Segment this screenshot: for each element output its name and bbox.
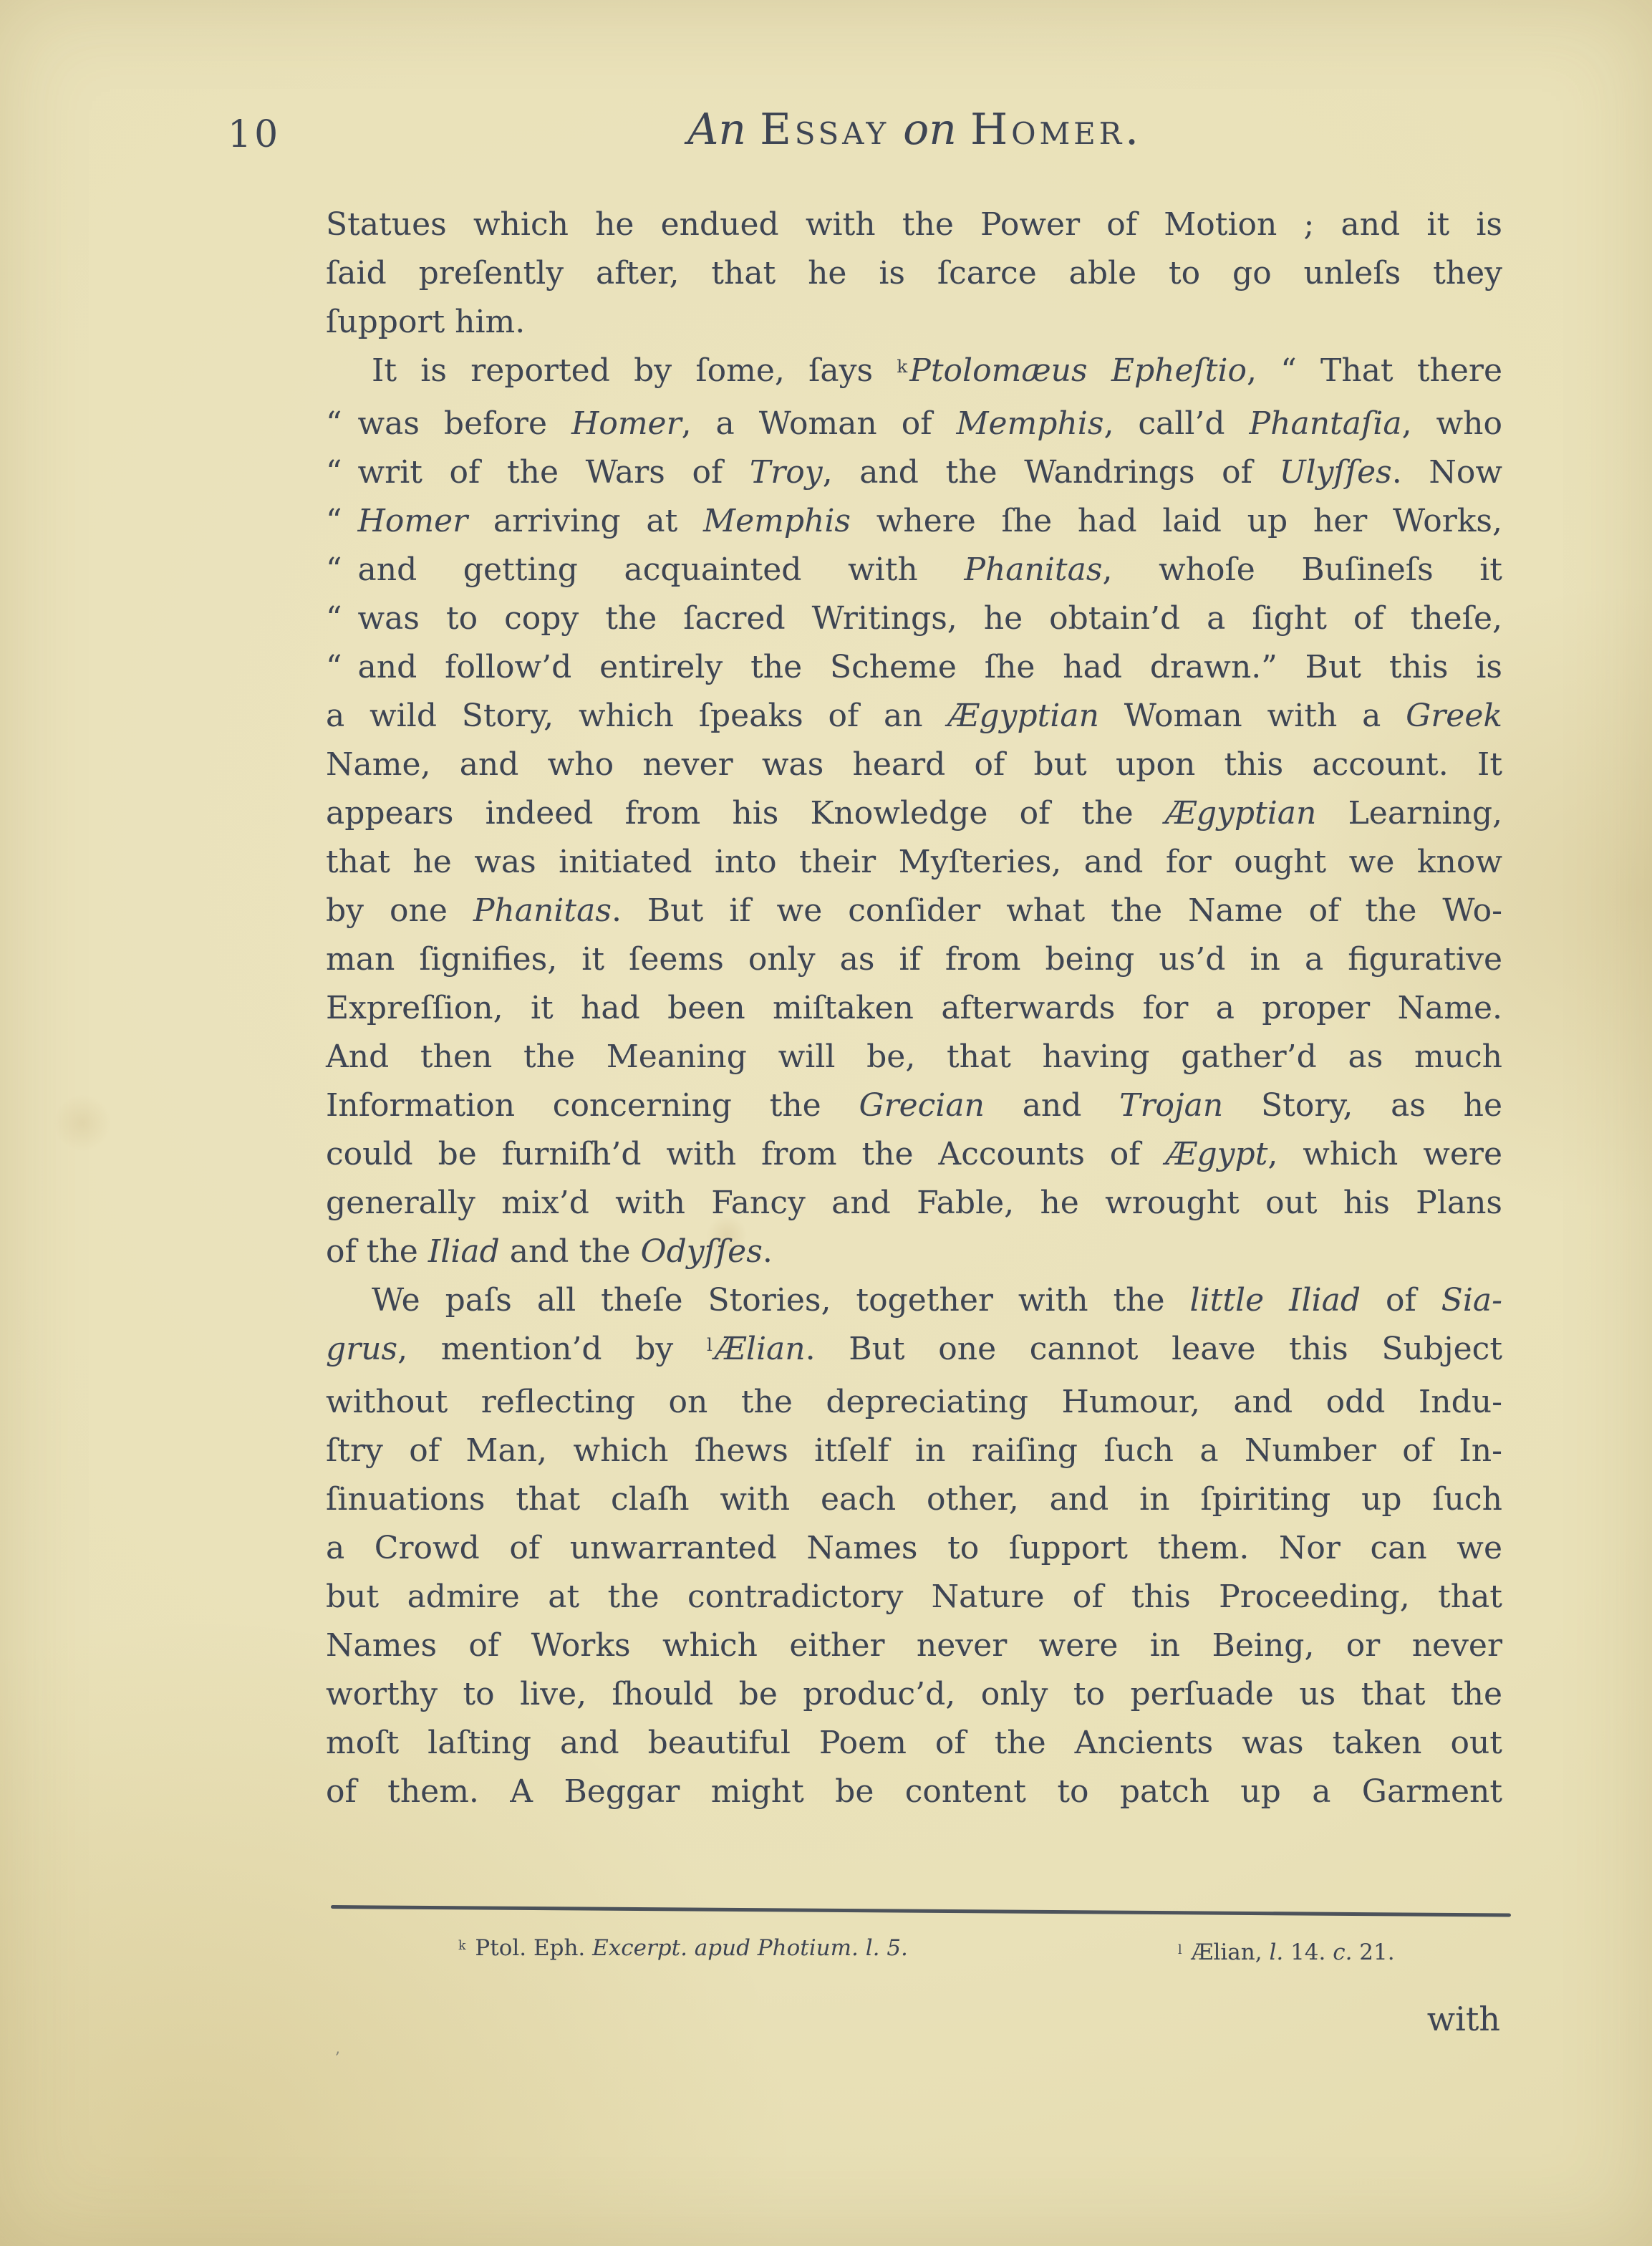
text-line: moſt laſting and beautiful Poem of the A…	[326, 1719, 1502, 1768]
text-segment: where ſhe had laid up her Works,	[851, 503, 1502, 539]
text-segment: k	[897, 356, 907, 377]
text-segment: and the	[500, 1233, 641, 1270]
text-line: that he was initiated into their Myſteri…	[326, 838, 1502, 887]
text-line: Expreſſion, it had been miſtaken afterwa…	[326, 984, 1502, 1033]
text-segment: writ of the Wars of	[358, 454, 750, 491]
text-segment: And then the Meaning will be, that havin…	[326, 1038, 1502, 1075]
text-segment: Homer.	[970, 105, 1142, 155]
text-segment: , call’d	[1103, 405, 1249, 442]
text-segment: It is reported by ſome, ſays	[372, 352, 897, 389]
text-segment: l.	[1269, 1939, 1283, 1965]
text-line: a wild Story, which ſpeaks of an Ægyptia…	[326, 692, 1502, 741]
text-segment: l	[707, 1334, 713, 1355]
text-segment: 21.	[1352, 1939, 1394, 1965]
text-line: of them. A Beggar might be content to pa…	[326, 1768, 1502, 1816]
text-segment: on	[903, 105, 957, 155]
text-line: man ſignifies, it ſeems only as if from …	[326, 935, 1502, 984]
text-segment: c.	[1333, 1939, 1352, 1965]
text-segment: , which were	[1267, 1136, 1502, 1172]
catchword: with	[1427, 2000, 1500, 2038]
text-line: of the Iliad and the Odyſſes.	[326, 1228, 1502, 1276]
text-segment: “	[326, 503, 358, 539]
text-segment: Woman with a	[1099, 698, 1406, 734]
text-segment: ſupport him.	[326, 304, 525, 340]
text-segment: Ægyptian	[947, 698, 1099, 734]
text-segment: “	[326, 454, 358, 491]
text-segment: Statues which he endued with the Power o…	[326, 206, 1502, 243]
text-segment: 14.	[1283, 1939, 1333, 1965]
footnote-k: k Ptol. Eph. Excerpt. apud Photium. l. 5…	[458, 1934, 908, 1966]
page-number: 10	[228, 113, 281, 156]
text-segment: Trojan	[1119, 1087, 1223, 1124]
text-segment: Ulyſſes	[1280, 454, 1392, 491]
text-segment: “	[326, 600, 358, 637]
text-segment: , “ That there	[1247, 352, 1502, 389]
text-segment: ſtry of Man, which ſhews itſelf in raiſi…	[326, 1432, 1502, 1469]
text-segment: Greek	[1406, 698, 1502, 734]
text-segment: , whoſe Buſineſs it	[1102, 551, 1502, 588]
text-segment: Names of Works which either never were i…	[326, 1627, 1502, 1664]
ink-mark: ‚	[335, 2040, 340, 2058]
text-segment: Name, and who never was heard of but upo…	[326, 746, 1502, 783]
text-line: generally mix’d with Fancy and Fable, he…	[326, 1179, 1502, 1228]
text-line: worthy to live, ſhould be produc’d, only…	[326, 1670, 1502, 1719]
text-segment: Phanitas	[964, 551, 1102, 588]
text-segment: by one	[326, 892, 473, 929]
text-line: “ and follow’d entirely the Scheme ſhe h…	[326, 643, 1502, 692]
text-segment: . Now	[1392, 454, 1502, 491]
text-line: by one Phanitas. But if we conſider what…	[326, 887, 1502, 935]
text-segment: “	[326, 405, 358, 442]
text-segment: Odyſſes	[641, 1233, 763, 1270]
text-segment: that he was initiated into their Myſteri…	[326, 844, 1502, 880]
footnote-rule	[331, 1905, 1511, 1917]
text-segment: , a Woman of	[682, 405, 957, 442]
footnote-l: l Ælian, l. 14. c. 21.	[1178, 1938, 1395, 1970]
text-line: ſaid preſently after, that he is ſcarce …	[326, 249, 1502, 298]
text-segment: Homer	[358, 503, 468, 539]
text-segment: Ægyptian	[1165, 795, 1317, 832]
text-segment: Essay	[760, 105, 889, 155]
text-line: “ was before Homer, a Woman of Memphis, …	[326, 400, 1502, 448]
text-segment: but admire at the contradictory Nature o…	[326, 1579, 1502, 1615]
text-segment: Expreſſion, it had been miſtaken afterwa…	[326, 990, 1502, 1026]
text-segment: Iliad	[428, 1233, 500, 1270]
text-segment: Memphis	[703, 503, 851, 539]
text-line: And then the Meaning will be, that havin…	[326, 1033, 1502, 1081]
text-segment: and	[985, 1087, 1119, 1124]
text-segment: .	[763, 1233, 773, 1270]
text-segment: . But if we conſider what the Name of th…	[612, 892, 1502, 929]
text-line: “ Homer arriving at Memphis where ſhe ha…	[326, 497, 1502, 546]
text-segment: of them. A Beggar might be content to pa…	[326, 1773, 1502, 1810]
text-segment: could be furniſh’d with from the Account…	[326, 1136, 1165, 1172]
text-segment: Homer	[571, 405, 682, 442]
text-segment: , mention’d by	[397, 1331, 707, 1367]
text-line: Statues which he endued with the Power o…	[326, 201, 1502, 249]
text-line: ſtry of Man, which ſhews itſelf in raiſi…	[326, 1427, 1502, 1475]
text-segment: arriving at	[468, 503, 703, 539]
text-segment: An	[687, 105, 746, 155]
text-segment: Memphis	[956, 405, 1103, 442]
text-segment: ſaid preſently after, that he is ſcarce …	[326, 255, 1502, 291]
text-segment: man ſignifies, it ſeems only as if from …	[326, 941, 1502, 978]
text-segment: Information concerning the	[326, 1087, 859, 1124]
text-segment	[746, 105, 760, 155]
text-segment: worthy to live, ſhould be produc’d, only…	[326, 1676, 1502, 1712]
text-segment: of	[1361, 1282, 1441, 1319]
text-segment: Learning,	[1316, 795, 1502, 832]
text-segment: Ptolomæus Epheſtio	[909, 352, 1247, 389]
text-segment: Sia-	[1441, 1282, 1502, 1319]
text-line: but admire at the contradictory Nature o…	[326, 1573, 1502, 1621]
text-line: It is reported by ſome, ſays kPtolomæus …	[326, 347, 1502, 400]
text-line: “ and getting acquainted with Phanitas, …	[326, 546, 1502, 594]
text-segment: of the	[326, 1233, 428, 1270]
text-segment: Excerpt. apud Photium. l. 5.	[592, 1935, 908, 1961]
book-page-scan: 10 An Essay on Homer. Statues which he e…	[0, 0, 1652, 2246]
text-segment: appears indeed from his Knowledge of the	[326, 795, 1165, 832]
text-segment: l	[1178, 1943, 1182, 1957]
text-line: a Crowd of unwarranted Names to ſupport …	[326, 1524, 1502, 1573]
text-segment: “	[326, 649, 358, 685]
text-line: Information concerning the Grecian and T…	[326, 1081, 1502, 1130]
text-segment: generally mix’d with Fancy and Fable, he…	[326, 1185, 1502, 1221]
text-line: Names of Works which either never were i…	[326, 1621, 1502, 1670]
running-title: An Essay on Homer.	[326, 105, 1504, 155]
text-line: “ was to copy the ſacred Writings, he ob…	[326, 594, 1502, 643]
text-segment: We paſs all theſe Stories, together with…	[372, 1282, 1190, 1319]
text-line: ſupport him.	[326, 298, 1502, 347]
text-line: We paſs all theſe Stories, together with…	[326, 1276, 1502, 1325]
text-segment: a Crowd of unwarranted Names to ſupport …	[326, 1530, 1502, 1566]
text-segment: without reflecting on the depreciating H…	[326, 1384, 1502, 1420]
text-segment: Story, as he	[1223, 1087, 1502, 1124]
text-segment: was to copy the ſacred Writings, he obta…	[358, 600, 1503, 637]
text-line: “ writ of the Wars of Troy, and the Wand…	[326, 448, 1502, 497]
text-segment: grus	[326, 1331, 397, 1367]
text-line: could be furniſh’d with from the Account…	[326, 1130, 1502, 1179]
text-segment: moſt laſting and beautiful Poem of the A…	[326, 1725, 1502, 1761]
text-segment: ſinuations that claſh with each other, a…	[326, 1481, 1502, 1518]
text-line: appears indeed from his Knowledge of the…	[326, 789, 1502, 838]
text-segment: a wild Story, which ſpeaks of an	[326, 698, 947, 734]
text-segment: Phanitas	[473, 892, 612, 929]
text-segment	[889, 105, 903, 155]
text-segment: . But one cannot leave this Subject	[806, 1331, 1502, 1367]
text-segment: Ptol. Eph.	[468, 1935, 593, 1961]
text-segment: Grecian	[859, 1087, 985, 1124]
text-line: Name, and who never was heard of but upo…	[326, 741, 1502, 789]
text-segment	[957, 105, 970, 155]
text-segment: little Iliad	[1190, 1282, 1361, 1319]
text-segment: “	[326, 551, 358, 588]
text-line: ſinuations that claſh with each other, a…	[326, 1475, 1502, 1524]
text-segment: Phantaſia	[1250, 405, 1402, 442]
text-segment: and follow’d entirely the Scheme ſhe had…	[358, 649, 1503, 685]
text-segment: , who	[1402, 405, 1502, 442]
text-segment: k	[458, 1939, 466, 1953]
text-line: grus, mention’d by lÆlian. But one canno…	[326, 1325, 1502, 1378]
text-segment: , and the Wandrings of	[823, 454, 1280, 491]
text-segment: was before	[358, 405, 571, 442]
text-segment: Ælian,	[1184, 1939, 1270, 1965]
text-segment: and getting acquainted with	[358, 551, 965, 588]
text-line: without reflecting on the depreciating H…	[326, 1378, 1502, 1427]
text-segment: Troy	[750, 454, 823, 491]
text-block: Statues which he endued with the Power o…	[326, 201, 1502, 1816]
text-segment: Ælian	[715, 1331, 806, 1367]
text-segment: Ægypt	[1165, 1136, 1267, 1172]
